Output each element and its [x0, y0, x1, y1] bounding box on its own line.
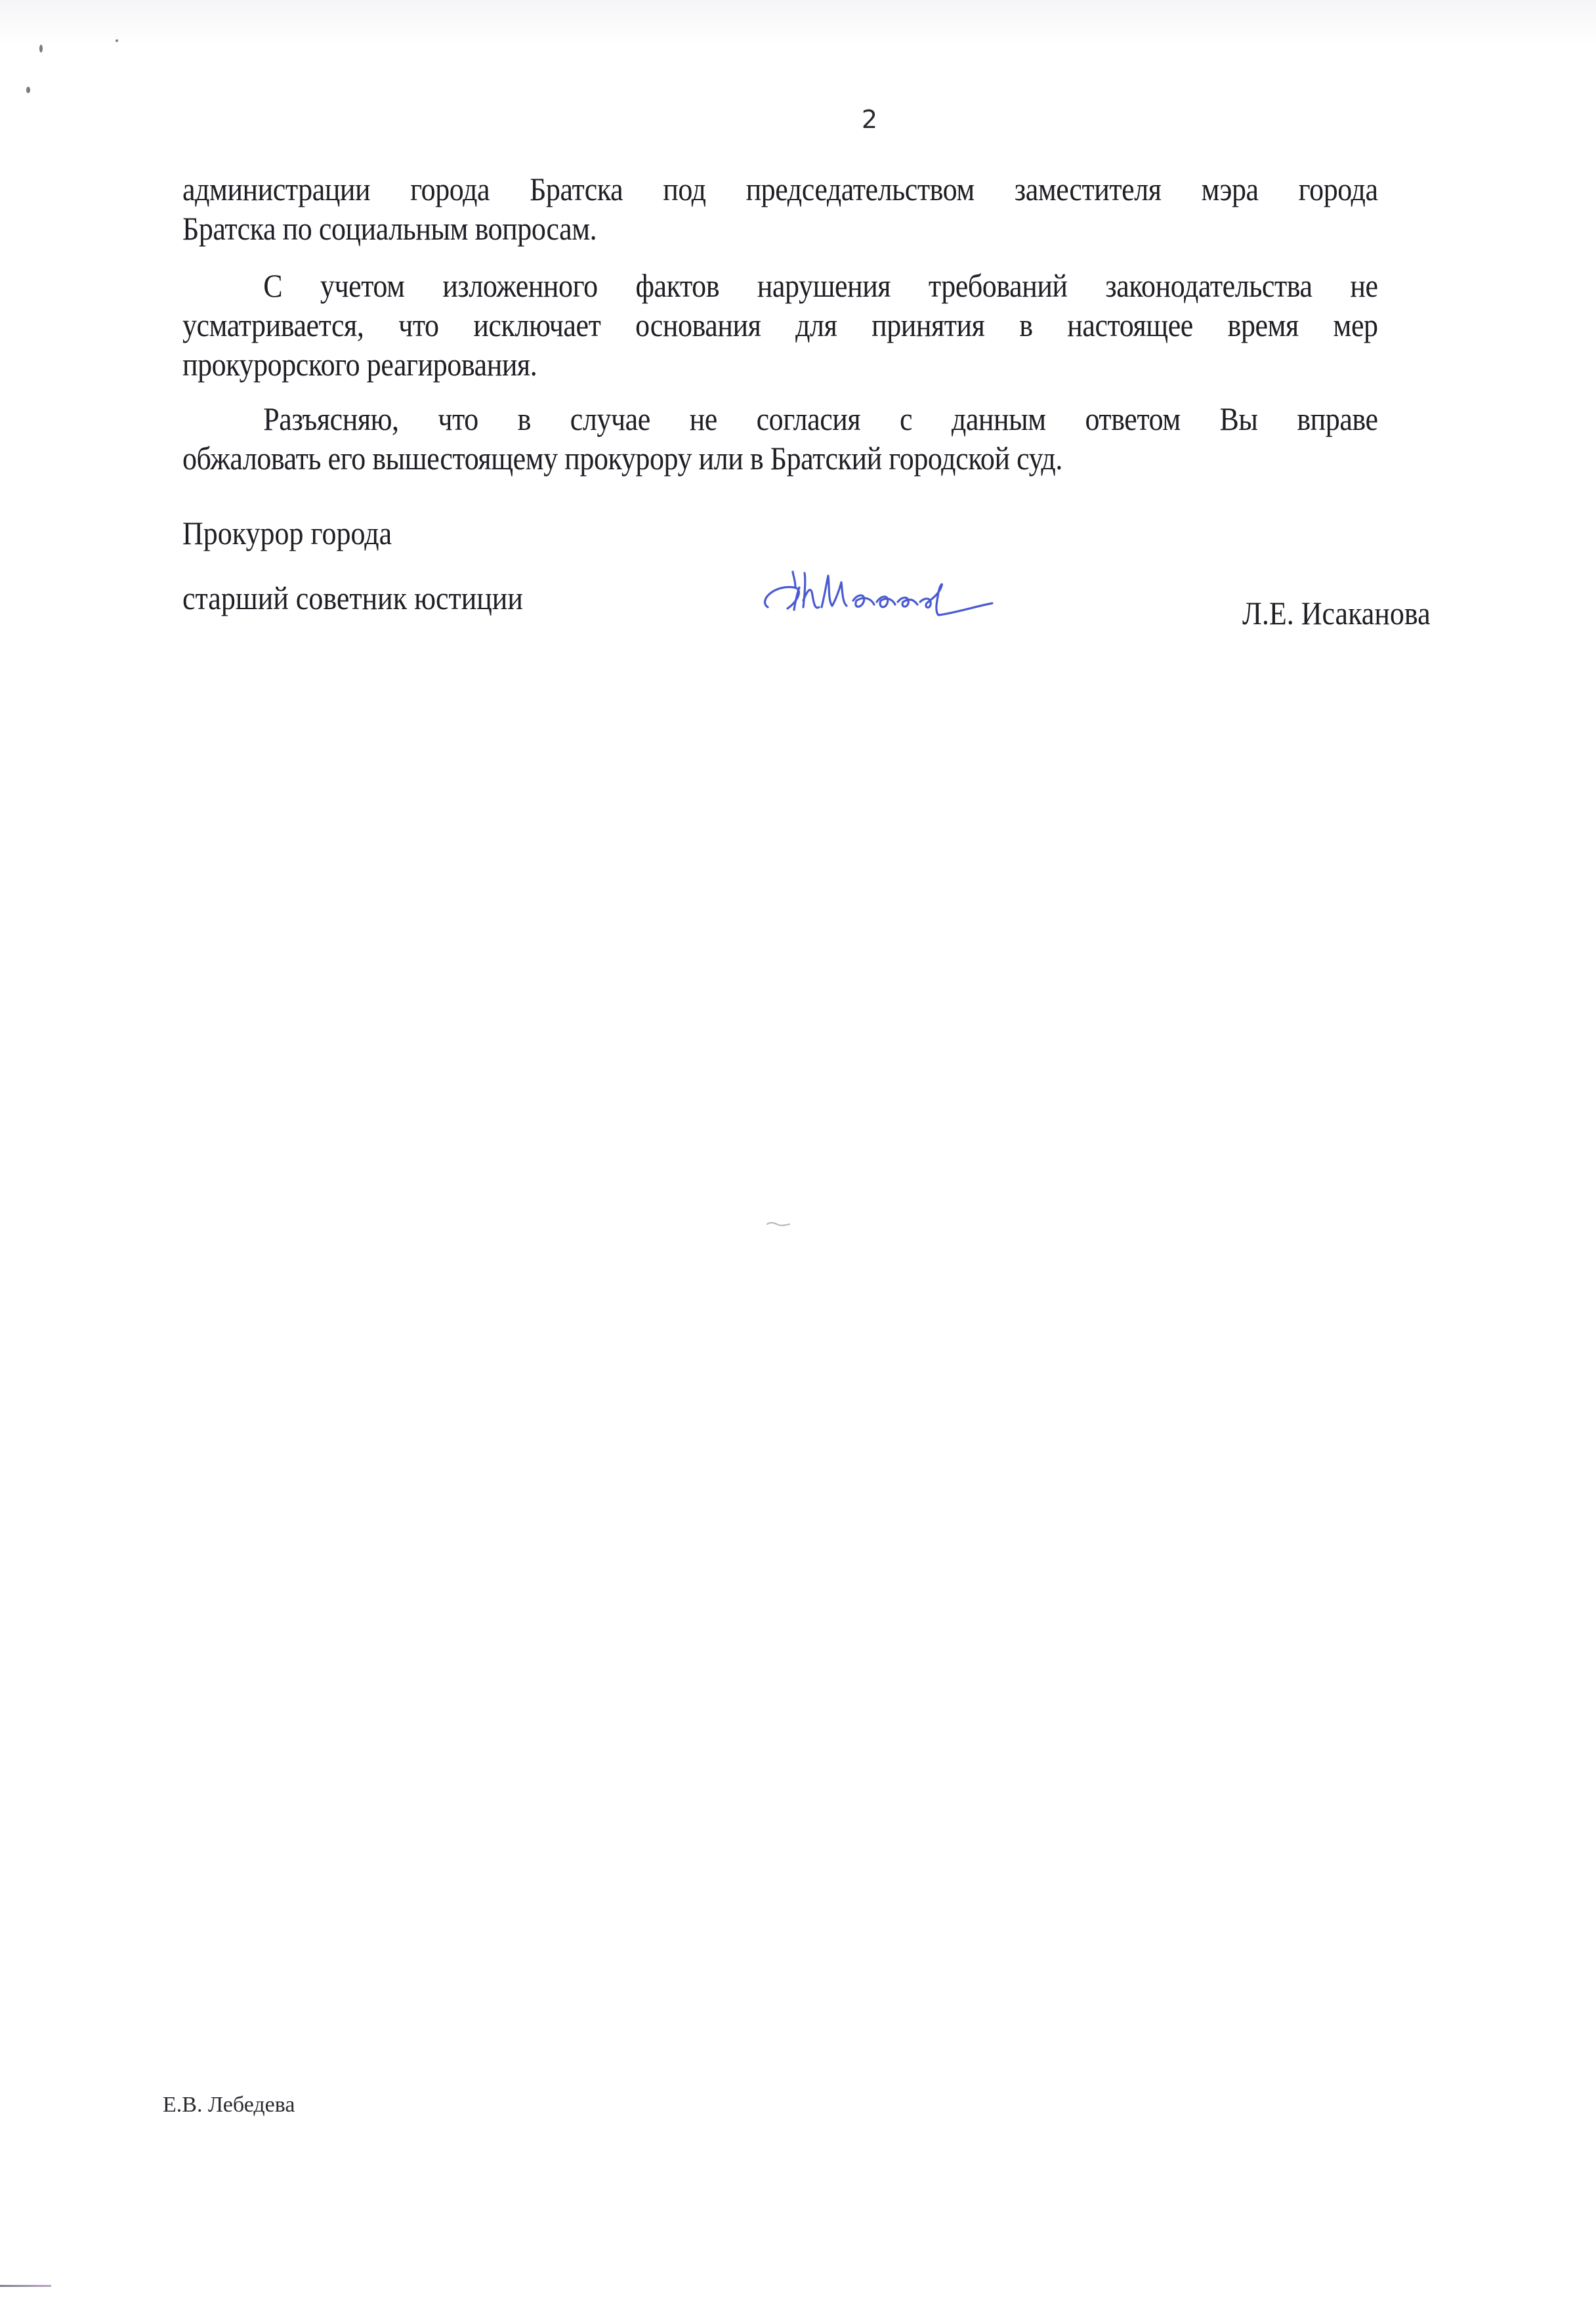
signer-name: Л.Е. Исаканова: [1242, 594, 1431, 632]
text-line: усматривается, что исключает основания д…: [182, 305, 1378, 345]
signer-rank: старший советник юстиции: [182, 579, 523, 617]
text-line: Братска по социальным вопросам.: [182, 209, 1378, 248]
paragraph-conclusion: С учетом изложенного фактов нарушения тр…: [182, 266, 1378, 384]
text-line: С учетом изложенного фактов нарушения тр…: [182, 266, 1378, 305]
executor-name: Е.В. Лебедева: [163, 2093, 295, 2118]
paragraph-appeal-rights: Разъясняю, что в случае не согласия с да…: [182, 399, 1378, 478]
scan-artifact-mark: [766, 1221, 790, 1227]
handwritten-signature-icon: [748, 561, 1050, 633]
text-line: администрации города Братска под председ…: [182, 169, 1378, 209]
scan-speck: [26, 87, 30, 93]
text-line: обжаловать его вышестоящему прокурору ил…: [182, 438, 1378, 478]
scan-artifact-bottom-edge: [0, 2285, 51, 2287]
text-line: прокурорского реагирования.: [182, 345, 1378, 384]
paragraph-continuation: администрации города Братска под председ…: [182, 169, 1378, 248]
scan-artifact-top: [0, 0, 1596, 46]
scan-speck: [115, 39, 118, 42]
signer-position-title: Прокурор города: [182, 514, 392, 552]
page-number: 2: [0, 105, 1596, 134]
scan-speck: [39, 45, 43, 53]
text-line: Разъясняю, что в случае не согласия с да…: [182, 399, 1378, 438]
